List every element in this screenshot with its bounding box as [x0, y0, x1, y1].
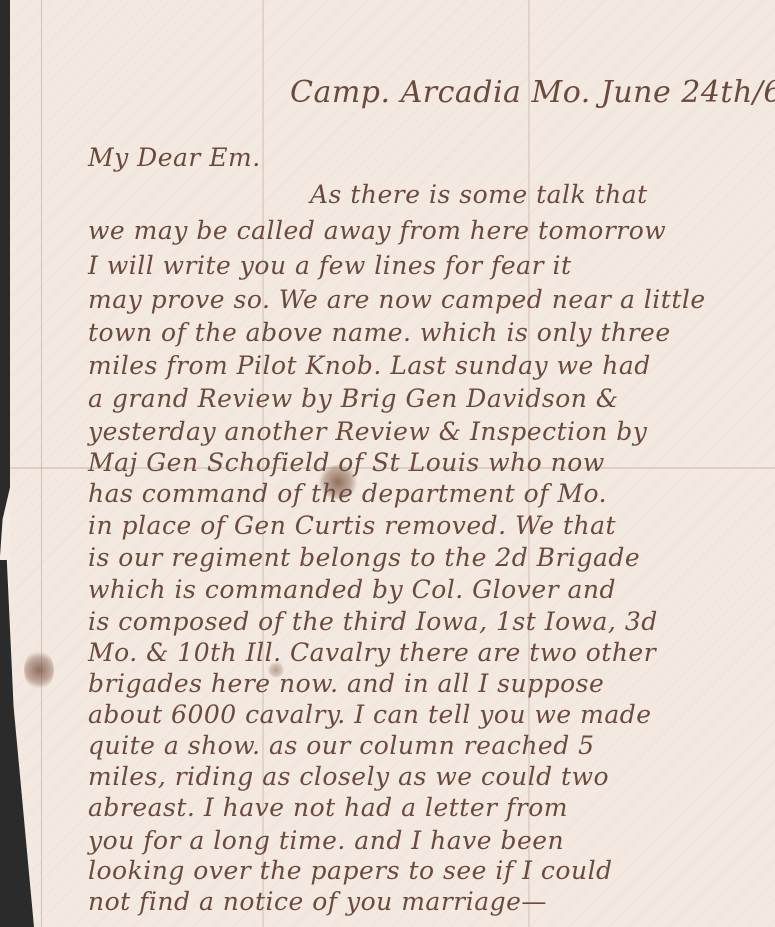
letter-line: quite a show. as our column reached 5: [88, 731, 595, 760]
letter-line: is composed of the third Iowa, 1st Iowa,…: [88, 607, 658, 636]
dateline: Camp. Arcadia Mo. June 24th/63: [290, 75, 775, 110]
letter-line: abreast. I have not had a letter from: [88, 793, 568, 822]
letter-line: we may be called away from here tomorrow: [88, 216, 666, 245]
letter-line: you for a long time. and I have been: [88, 826, 564, 855]
letter-line: Maj Gen Schofield of St Louis who now: [88, 448, 605, 477]
letter-line: may prove so. We are now camped near a l…: [88, 285, 706, 314]
letter-line: Mo. & 10th Ill. Cavalry there are two ot…: [88, 638, 656, 667]
letter-line: I will write you a few lines for fear it: [88, 251, 572, 280]
letter-line: in place of Gen Curtis removed. We that: [88, 511, 616, 540]
ink-blot-margin: [24, 650, 54, 690]
letter-line: brigades here now. and in all I suppose: [88, 669, 604, 698]
letter-line: is our regiment belongs to the 2d Brigad…: [88, 543, 640, 572]
margin-rule: [41, 0, 42, 927]
letter-line: has command of the department of Mo.: [88, 479, 607, 508]
letter-line: miles, riding as closely as we could two: [88, 762, 609, 791]
letter-line: town of the above name. which is only th…: [88, 318, 671, 347]
salutation: My Dear Em.: [88, 143, 261, 172]
letter-line: a grand Review by Brig Gen Davidson &: [88, 384, 619, 413]
letter-line: miles from Pilot Knob. Last sunday we ha…: [88, 351, 651, 380]
letter-line: As there is some talk that: [310, 180, 648, 209]
letter-line: not find a notice of you marriage—: [88, 887, 547, 916]
letter-line: looking over the papers to see if I coul…: [88, 856, 613, 885]
letter-line: yesterday another Review & Inspection by: [88, 417, 647, 446]
letter-line: about 6000 cavalry. I can tell you we ma…: [88, 700, 652, 729]
letter-line: which is commanded by Col. Glover and: [88, 575, 616, 604]
